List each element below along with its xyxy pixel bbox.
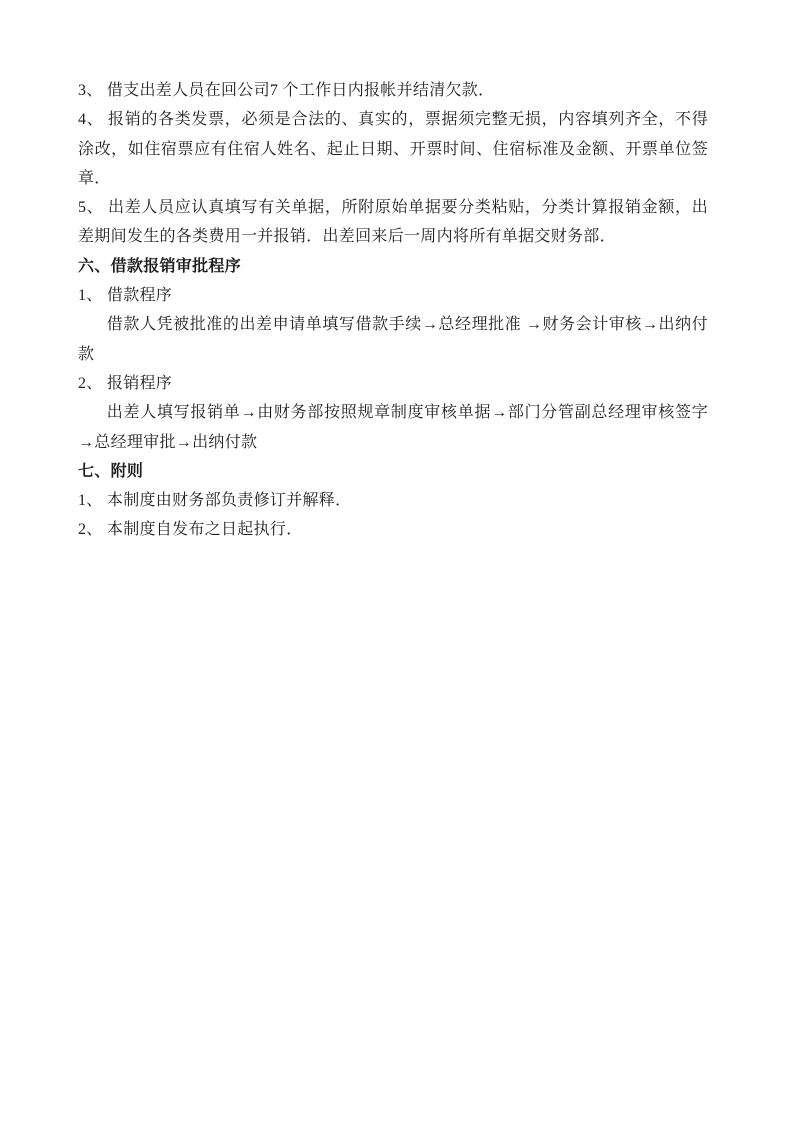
list-item-4: 4、 报销的各类发票，必须是合法的、真实的，票据须完整无损，内容填列齐全，不得涂… (78, 105, 708, 193)
list-item-5: 5、 出差人员应认真填写有关单据，所附原始单据要分类粘贴，分类计算报销金额，出差… (78, 193, 708, 252)
list-item-3: 3、 借支出差人员在回公司7 个工作日内报帐并结清欠款． (78, 76, 708, 105)
subitem-6-1-label: 1、 借款程序 (78, 281, 708, 310)
section-heading-7: 七、附则 (78, 457, 708, 486)
section-heading-6: 六、借款报销审批程序 (78, 252, 708, 281)
appendix-item-2: 2、 本制度自发布之日起执行． (78, 515, 708, 544)
document-page: 3、 借支出差人员在回公司7 个工作日内报帐并结清欠款． 4、 报销的各类发票，… (0, 0, 793, 1122)
borrow-procedure-flow: 借款人凭被批准的出差申请单填写借款手续→总经理批准 →财务会计审核→出纳付款 (78, 310, 708, 369)
appendix-item-1: 1、 本制度由财务部负责修订并解释． (78, 486, 708, 515)
subitem-6-2-label: 2、 报销程序 (78, 369, 708, 398)
reimburse-procedure-flow: 出差人填写报销单→由财务部按照规章制度审核单据→部门分管副总经理审核签字→总经理… (78, 398, 708, 457)
